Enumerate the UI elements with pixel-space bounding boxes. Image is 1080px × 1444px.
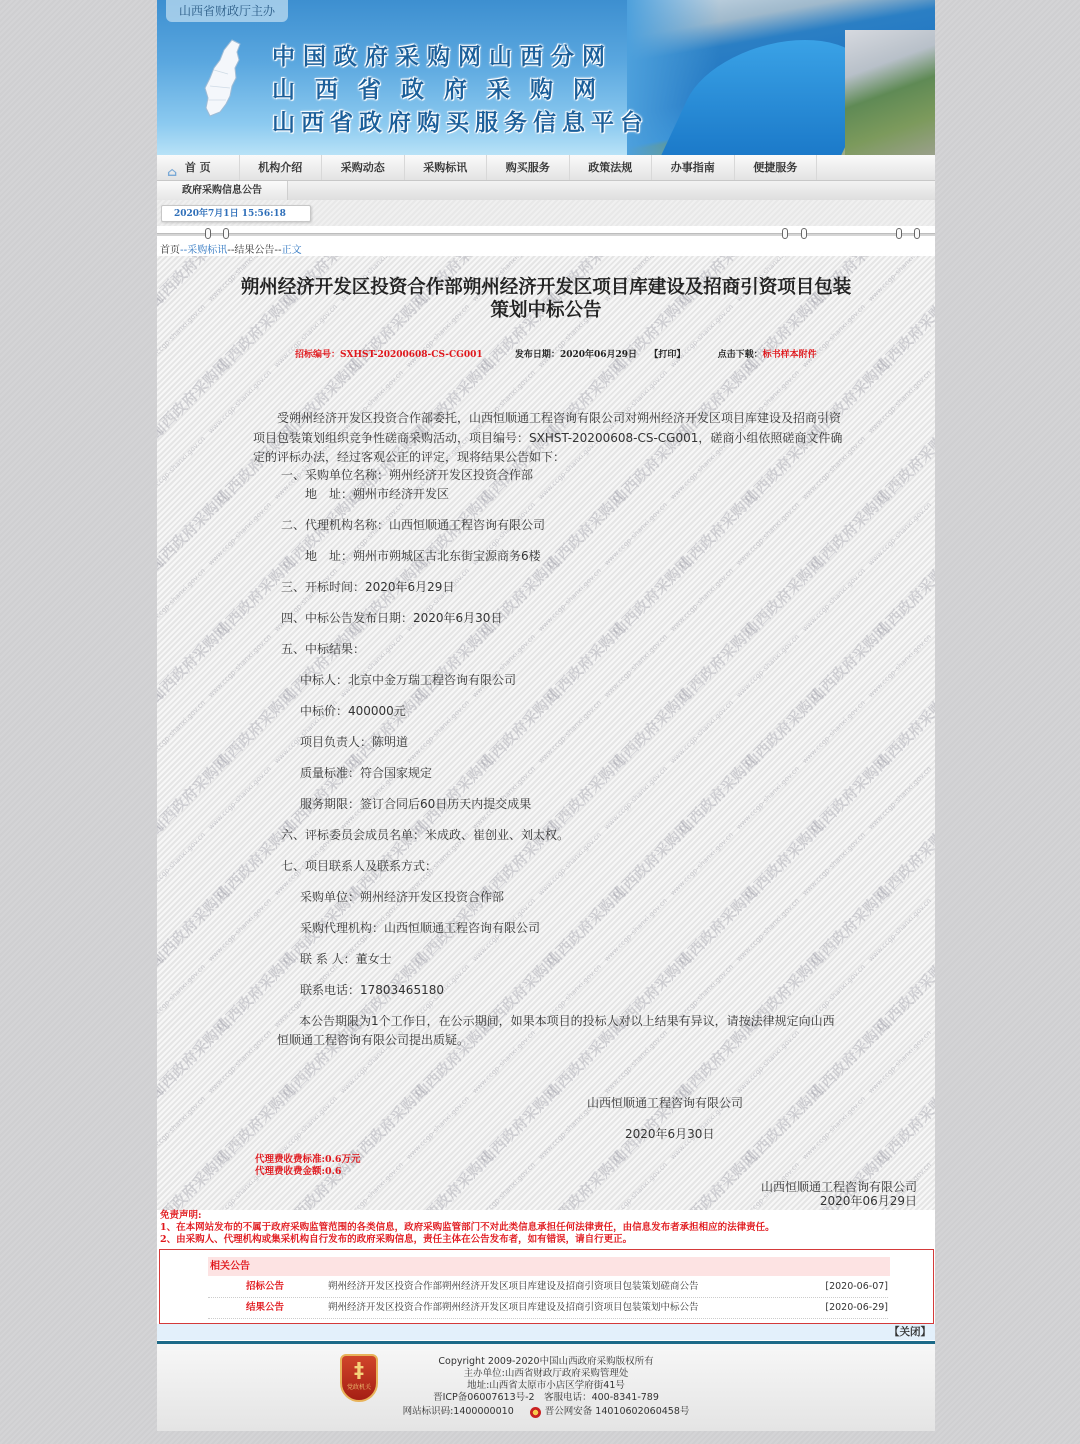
opening-time: 三、开标时间：2020年6月29日 xyxy=(281,578,454,595)
watermark-url: www.ccgp-shanxi.gov.cn xyxy=(603,897,669,963)
announce-date: 四、中标公告发布日期：2020年6月30日 xyxy=(281,609,502,626)
watermark-text: 山西政府采购网 xyxy=(157,750,234,839)
watermark-text: 山西政府采购网 xyxy=(805,486,894,575)
watermark-text: 山西政府采购网 xyxy=(277,618,366,707)
signature-date: 2020年6月30日 xyxy=(625,1125,714,1142)
watermark-url: www.ccgp-shanxi.gov.cn xyxy=(157,567,207,633)
watermark-url: www.ccgp-shanxi.gov.cn xyxy=(157,831,207,897)
banner-title-3: 山西省政府购买服务信息平台 xyxy=(272,106,649,139)
watermark-text: 山西政府采购网 xyxy=(871,816,935,905)
watermark-url: www.ccgp-shanxi.gov.cn xyxy=(471,1161,537,1210)
watermark-text: 山西政府采购网 xyxy=(157,618,234,707)
footer-ids: 网站标识码:1400000010 晋公网安备 14010602060458号 xyxy=(403,1406,690,1418)
nav-bid-info[interactable]: 采购标讯 xyxy=(405,155,488,180)
pin-icon xyxy=(914,228,920,239)
related-date: [2020-06-07] xyxy=(825,1277,888,1297)
article-intro: 受朔州经济开发区投资合作部委托，山西恒顺通工程咨询有限公司对朔州经济开发区项目库… xyxy=(253,409,843,468)
watermark-url: www.ccgp-shanxi.gov.cn xyxy=(867,633,933,699)
watermark-url: www.ccgp-shanxi.gov.cn xyxy=(207,633,273,699)
closing-paragraph: 本公告期限为1个工作日，在公示期间，如果本项目的投标人对以上结果有异议，请按法律… xyxy=(277,1012,837,1050)
watermark-text: 山西政府采购网 xyxy=(157,684,168,773)
watermark-text: 山西政府采购网 xyxy=(739,816,828,905)
breadcrumb-results[interactable]: --结果公告-- xyxy=(227,245,281,256)
related-title-link[interactable]: 朔州经济开发区投资合作部朔州经济开发区项目库建设及招商引资项目包装策划磋商公告 xyxy=(328,1277,699,1297)
watermark-text: 山西政府采购网 xyxy=(607,552,696,641)
shanxi-map-icon xyxy=(202,38,250,118)
watermark-text: 山西政府采购网 xyxy=(475,1080,564,1169)
watermark-url: www.ccgp-shanxi.gov.cn xyxy=(801,831,867,897)
page: 山西省财政厅主办 中国政府采购网山西分网 山西省政府采购网 山西省政府购买服务信… xyxy=(157,0,935,1428)
site-banner: 山西省财政厅主办 中国政府采购网山西分网 山西省政府采购网 山西省政府购买服务信… xyxy=(157,0,935,155)
watermark-url: www.ccgp-shanxi.gov.cn xyxy=(933,831,935,897)
contact-person: 联 系 人：董女士 xyxy=(300,950,392,967)
publish-date: 2020年06月29日 xyxy=(560,350,637,360)
publish-date-label: 发布日期： xyxy=(515,350,560,360)
article-title: 朔州经济开发区投资合作部朔州经济开发区项目库建设及招商引资项目包装策划中标公告 xyxy=(235,276,857,322)
watermark-url: www.ccgp-shanxi.gov.cn xyxy=(735,765,801,831)
main-nav: ⌂首 页 机构介绍 采购动态 采购标讯 购买服务 政策法规 办事指南 便捷服务 xyxy=(157,155,935,181)
watermark-text: 山西政府采购网 xyxy=(871,288,935,377)
watermark-url: www.ccgp-shanxi.gov.cn xyxy=(669,831,735,897)
watermark-url: www.ccgp-shanxi.gov.cn xyxy=(207,897,273,963)
watermark-text: 山西政府采购网 xyxy=(739,684,828,773)
watermark-url: www.ccgp-shanxi.gov.cn xyxy=(933,567,935,633)
watermark-url: www.ccgp-shanxi.gov.cn xyxy=(735,501,801,567)
breadcrumb-home[interactable]: 首页 xyxy=(160,245,180,256)
watermark-text: 山西政府采购网 xyxy=(157,354,234,443)
watermark-url: www.ccgp-shanxi.gov.cn xyxy=(157,303,207,369)
icp-and-hotline[interactable]: 晋ICP备06007613号-2 客服电话：400-8341-789 xyxy=(157,1392,935,1404)
watermark-url: www.ccgp-shanxi.gov.cn xyxy=(867,501,933,567)
publisher-name: 山西恒顺通工程咨询有限公司 xyxy=(761,1180,917,1194)
watermark-url: www.ccgp-shanxi.gov.cn xyxy=(735,633,801,699)
pin-icon xyxy=(223,228,229,239)
breadcrumb: 首页--采购标讯--结果公告--正文 xyxy=(160,241,302,256)
subnav-announcements[interactable]: 政府采购信息公告 xyxy=(157,181,288,200)
watermark-url: www.ccgp-shanxi.gov.cn xyxy=(933,303,935,369)
breadcrumb-current[interactable]: 正文 xyxy=(282,245,302,256)
watermark-text: 山西政府采购网 xyxy=(157,816,168,905)
watermark-url: www.ccgp-shanxi.gov.cn xyxy=(207,765,273,831)
watermark-text: 山西政府采购网 xyxy=(157,420,168,509)
watermark-text: 山西政府采购网 xyxy=(541,882,630,971)
watermark-url: www.ccgp-shanxi.gov.cn xyxy=(603,1161,669,1210)
watermark-url: www.ccgp-shanxi.gov.cn xyxy=(867,1029,933,1095)
banner-photo xyxy=(627,0,935,155)
related-type: 招标公告 xyxy=(246,1277,284,1297)
related-heading: 相关公告 xyxy=(208,1257,890,1276)
watermark-url: www.ccgp-shanxi.gov.cn xyxy=(537,699,603,765)
watermark-text: 山西政府采购网 xyxy=(157,1014,234,1103)
watermark-text: 山西政府采购网 xyxy=(871,1080,935,1169)
project-leader: 项目负责人：陈明道 xyxy=(300,733,408,750)
organizer: 主办单位:山西省财政厅政府采购管理处 xyxy=(157,1368,935,1380)
disclaimer-item: 2、由采购人、代理机构或集采机构自行发布的政府采购信息，责任主体在公告发布者，如… xyxy=(160,1234,775,1246)
related-date: [2020-06-29] xyxy=(825,1298,888,1318)
contact-heading: 七、项目联系人及联系方式： xyxy=(281,857,437,874)
sub-nav: 政府采购信息公告 xyxy=(157,181,935,200)
copyright: Copyright 2009-2020中国山西政府采购版权所有 xyxy=(157,1356,935,1368)
watermark-url: www.ccgp-shanxi.gov.cn xyxy=(801,699,867,765)
watermark-url: www.ccgp-shanxi.gov.cn xyxy=(157,435,207,501)
fee-amount: 代理费收费金额:0.6 xyxy=(255,1166,361,1178)
police-emblem-icon xyxy=(530,1407,541,1418)
disclaimer-title: 免责声明: xyxy=(160,1210,775,1222)
watermark-text: 山西政府采购网 xyxy=(157,486,234,575)
watermark-url: www.ccgp-shanxi.gov.cn xyxy=(207,1029,273,1095)
close-bar: 【关闭】 xyxy=(157,1324,935,1340)
watermark-text: 山西政府采购网 xyxy=(871,552,935,641)
agency-address: 地 址：朔州市朔城区古北东街宝源商务6楼 xyxy=(305,547,541,564)
watermark-url: www.ccgp-shanxi.gov.cn xyxy=(405,699,471,765)
watermark-text: 山西政府采购网 xyxy=(673,750,762,839)
watermark-url: www.ccgp-shanxi.gov.cn xyxy=(867,369,933,435)
watermark-url: www.ccgp-shanxi.gov.cn xyxy=(273,1095,339,1161)
watermark-url: www.ccgp-shanxi.gov.cn xyxy=(157,699,207,765)
watermark-text: 山西政府采购网 xyxy=(871,684,935,773)
disclaimer-item: 1、在本网站发布的不属于政府采购监管范围的各类信息，政府采购监管部门不对此类信息… xyxy=(160,1222,775,1234)
watermark-text: 山西政府采购网 xyxy=(409,1146,498,1210)
site-id: 网站标识码:1400000010 xyxy=(403,1406,514,1418)
watermark-text: 山西政府采购网 xyxy=(475,684,564,773)
nav-home[interactable]: ⌂首 页 xyxy=(157,155,240,180)
contact-purchaser: 采购单位：朔州经济开发区投资合作部 xyxy=(300,888,504,905)
watermark-text: 山西政府采购网 xyxy=(805,750,894,839)
quality-standard: 质量标准：符合国家规定 xyxy=(300,764,432,781)
nav-convenience[interactable]: 便捷服务 xyxy=(735,155,818,180)
watermark-text: 山西政府采购网 xyxy=(739,1080,828,1169)
watermark-text: 山西政府采购网 xyxy=(157,1146,234,1210)
publisher-date: 2020年06月29日 xyxy=(761,1194,917,1208)
winning-price: 中标价：400000元 xyxy=(300,702,406,719)
nav-policies[interactable]: 政策法规 xyxy=(570,155,653,180)
nav-about[interactable]: 机构介绍 xyxy=(240,155,323,180)
watermark-url: www.ccgp-shanxi.gov.cn xyxy=(933,699,935,765)
bid-number-label: 招标编号： xyxy=(295,350,340,360)
watermark-text: 山西政府采购网 xyxy=(805,618,894,707)
disclaimer: 免责声明: 1、在本网站发布的不属于政府采购监管范围的各类信息，政府采购监管部门… xyxy=(160,1210,775,1246)
service-period: 服务期限：签订合同后60日历天内提交成果 xyxy=(300,795,531,812)
intro-paragraph: 受朔州经济开发区投资合作部委托，山西恒顺通工程咨询有限公司对朔州经济开发区项目库… xyxy=(253,409,843,468)
watermark-text: 山西政府采购网 xyxy=(157,256,234,311)
divider-line xyxy=(157,233,935,236)
nav-guide[interactable]: 办事指南 xyxy=(652,155,735,180)
watermark-url: www.ccgp-shanxi.gov.cn xyxy=(933,435,935,501)
purchaser-address: 地 址：朔州市经济开发区 xyxy=(305,485,449,502)
fee-standard: 代理费收费标准:0.6万元 xyxy=(255,1154,361,1166)
article-meta: 招标编号：SXHST-20200608-CS-CG001 发布日期：2020年0… xyxy=(295,347,817,360)
watermark-url: www.ccgp-shanxi.gov.cn xyxy=(157,1095,207,1161)
watermark-text: 山西政府采购网 xyxy=(673,1146,762,1210)
result-heading: 五、中标结果： xyxy=(281,640,365,657)
winner: 中标人：北京中金万瑞工程咨询有限公司 xyxy=(300,671,516,688)
pin-icon xyxy=(782,228,788,239)
watermark-text: 山西政府采购网 xyxy=(871,420,935,509)
watermark-url: www.ccgp-shanxi.gov.cn xyxy=(207,501,273,567)
divider-bar xyxy=(157,228,935,240)
watermark-url: www.ccgp-shanxi.gov.cn xyxy=(801,1095,867,1161)
watermark-text: 山西政府采购网 xyxy=(157,1080,168,1169)
watermark-text: 山西政府采购网 xyxy=(805,882,894,971)
committee-members: 六、评标委员会成员名单：米成政、崔创业、刘太权。 xyxy=(281,826,569,843)
watermark-text: 山西政府采购网 xyxy=(607,816,696,905)
date-bar: 2020年7月1日 15:56:18 xyxy=(157,200,935,226)
watermark-text: 山西政府采购网 xyxy=(541,618,630,707)
watermark-text: 山西政府采购网 xyxy=(211,552,300,641)
watermark-text: 山西政府采购网 xyxy=(157,882,234,971)
watermark-url: www.ccgp-shanxi.gov.cn xyxy=(603,501,669,567)
agency-name: 二、代理机构名称：山西恒顺通工程咨询有限公司 xyxy=(281,516,545,533)
agency-fee: 代理费收费标准:0.6万元 代理费收费金额:0.6 xyxy=(255,1154,361,1178)
watermark-text: 山西政府采购网 xyxy=(739,552,828,641)
watermark-text: 山西政府采购网 xyxy=(157,552,168,641)
download-attachment-link[interactable]: 标书样本附件 xyxy=(763,350,817,360)
signature-company: 山西恒顺通工程咨询有限公司 xyxy=(587,1094,743,1111)
watermark-url: www.ccgp-shanxi.gov.cn xyxy=(537,567,603,633)
nav-home-label: 首 页 xyxy=(185,161,211,174)
watermark-url: www.ccgp-shanxi.gov.cn xyxy=(933,1095,935,1161)
bid-number: SXHST-20200608-CS-CG001 xyxy=(340,350,483,360)
watermark-text: 山西政府采购网 xyxy=(343,552,432,641)
watermark-text: 山西政府采购网 xyxy=(673,882,762,971)
related-announcements: 相关公告 招标公告 朔州经济开发区投资合作部朔州经济开发区项目库建设及招商引资项… xyxy=(159,1249,934,1324)
closing-text: 本公告期限为1个工作日，在公示期间，如果本项目的投标人对以上结果有异议，请按法律… xyxy=(277,1012,837,1050)
watermark-url: www.ccgp-shanxi.gov.cn xyxy=(735,897,801,963)
watermark-text: 山西政府采购网 xyxy=(541,486,630,575)
sponsor-label: 山西省财政厅主办 xyxy=(166,0,288,22)
related-title-link[interactable]: 朔州经济开发区投资合作部朔州经济开发区项目库建设及招商引资项目包装策划中标公告 xyxy=(328,1298,699,1318)
pin-icon xyxy=(205,228,211,239)
watermark-url: www.ccgp-shanxi.gov.cn xyxy=(867,256,933,303)
watermark-text: 山西政府采购网 xyxy=(157,948,168,1037)
watermark-text: 山西政府采购网 xyxy=(607,684,696,773)
current-datetime: 2020年7月1日 15:56:18 xyxy=(161,205,311,222)
watermark-text: 山西政府采购网 xyxy=(475,552,564,641)
watermark-url: www.ccgp-shanxi.gov.cn xyxy=(669,699,735,765)
watermark-text: 山西政府采购网 xyxy=(673,486,762,575)
print-button[interactable]: 【打印】 xyxy=(649,350,685,360)
nav-purchase-services[interactable]: 购买服务 xyxy=(487,155,570,180)
watermark-url: www.ccgp-shanxi.gov.cn xyxy=(669,567,735,633)
contact-agency: 采购代理机构：山西恒顺通工程咨询有限公司 xyxy=(300,919,540,936)
publisher-info: 山西恒顺通工程咨询有限公司 2020年06月29日 xyxy=(761,1180,917,1208)
article-content: 山西政府采购网www.ccgp-shanxi.gov.cn山西政府采购网www.… xyxy=(157,256,935,1210)
city-bank-graphic xyxy=(845,30,935,155)
watermark-text: 山西政府采购网 xyxy=(157,288,168,377)
watermark-url: www.ccgp-shanxi.gov.cn xyxy=(603,765,669,831)
watermark-url: www.ccgp-shanxi.gov.cn xyxy=(867,765,933,831)
watermark-url: www.ccgp-shanxi.gov.cn xyxy=(603,633,669,699)
download-label: 点击下载： xyxy=(718,350,763,360)
watermark-text: 山西政府采购网 xyxy=(343,684,432,773)
watermark-text: 山西政府采购网 xyxy=(871,948,935,1037)
pin-icon xyxy=(801,228,807,239)
banner-title-2: 山西省政府采购网 xyxy=(272,73,649,106)
police-record-link[interactable]: 晋公网安备 14010602060458号 xyxy=(545,1406,690,1418)
footer-text: Copyright 2009-2020中国山西政府采购版权所有 主办单位:山西省… xyxy=(157,1356,935,1418)
watermark-url: www.ccgp-shanxi.gov.cn xyxy=(867,897,933,963)
address: 地址:山西省太原市小店区学府街41号 xyxy=(157,1380,935,1392)
nav-procurement-news[interactable]: 采购动态 xyxy=(322,155,405,180)
contact-phone: 联系电话：17803465180 xyxy=(300,981,444,998)
watermark-url: www.ccgp-shanxi.gov.cn xyxy=(405,1095,471,1161)
watermark-url: www.ccgp-shanxi.gov.cn xyxy=(933,963,935,1029)
watermark-text: 山西政府采购网 xyxy=(409,618,498,707)
banner-title-1: 中国政府采购网山西分网 xyxy=(272,40,649,73)
watermark-text: 山西政府采购网 xyxy=(541,1146,630,1210)
breadcrumb-bid-info[interactable]: 采购标讯 xyxy=(187,245,227,256)
watermark-text: 山西政府采购网 xyxy=(211,684,300,773)
related-type: 结果公告 xyxy=(246,1298,284,1318)
watermark-url: www.ccgp-shanxi.gov.cn xyxy=(801,567,867,633)
purchaser-name: 一、采购单位名称：朔州经济开发区投资合作部 xyxy=(281,466,533,483)
watermark-url: www.ccgp-shanxi.gov.cn xyxy=(157,963,207,1029)
related-row[interactable]: 招标公告 朔州经济开发区投资合作部朔州经济开发区项目库建设及招商引资项目包装策划… xyxy=(208,1277,888,1298)
close-button[interactable]: 【关闭】 xyxy=(889,1324,931,1340)
related-row[interactable]: 结果公告 朔州经济开发区投资合作部朔州经济开发区项目库建设及招商引资项目包装策划… xyxy=(208,1298,888,1319)
footer: ‡ 党政机关 Copyright 2009-2020中国山西政府采购版权所有 主… xyxy=(157,1341,935,1431)
watermark-url: www.ccgp-shanxi.gov.cn xyxy=(471,633,537,699)
pin-icon xyxy=(896,228,902,239)
banner-titles: 中国政府采购网山西分网 山西省政府采购网 山西省政府购买服务信息平台 xyxy=(272,40,649,139)
watermark-text: 山西政府采购网 xyxy=(673,618,762,707)
